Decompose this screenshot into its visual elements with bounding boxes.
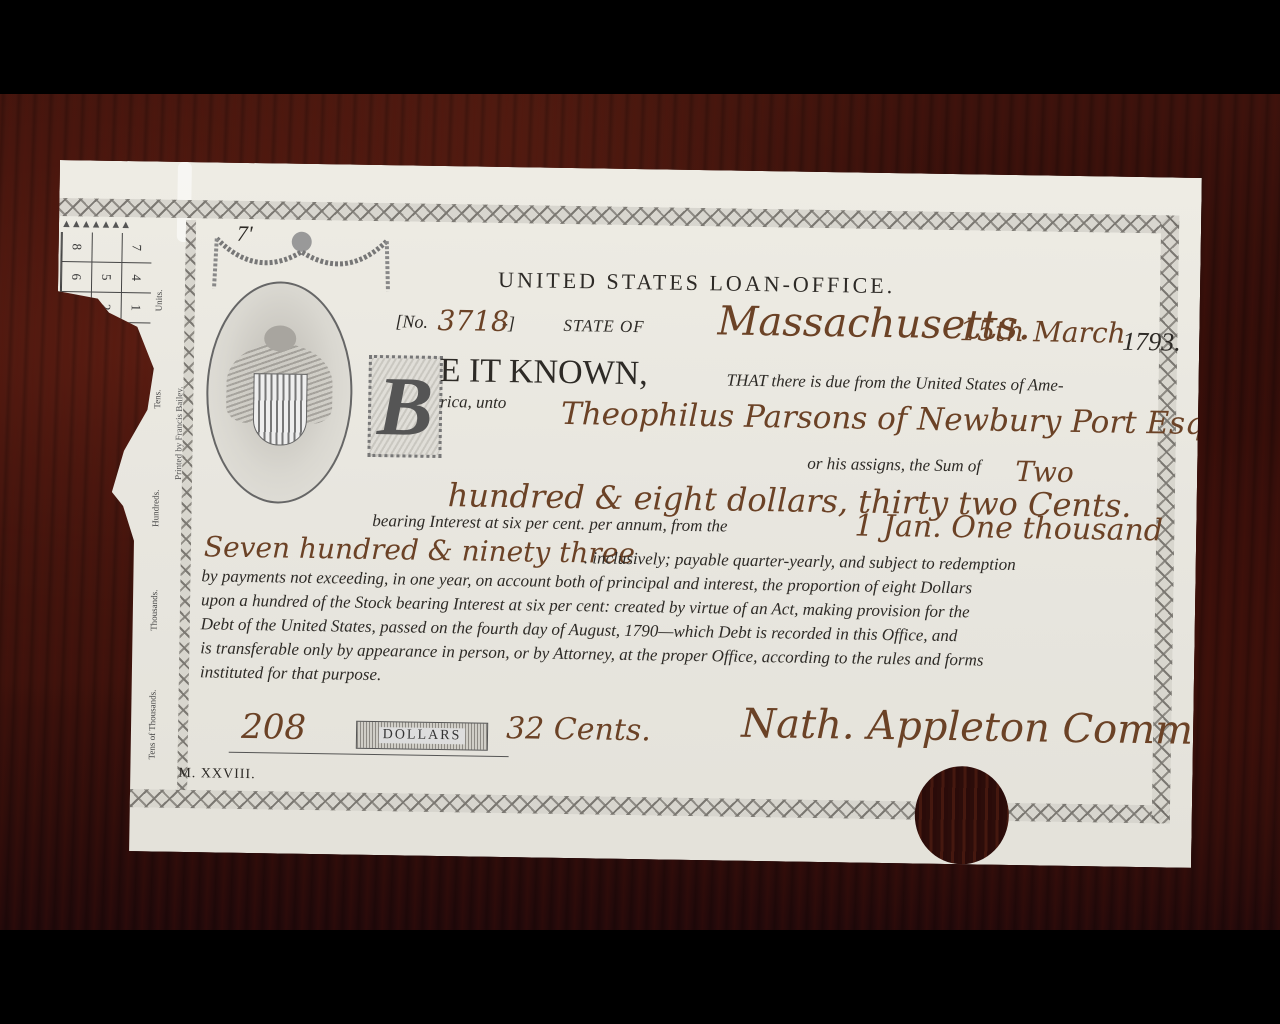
ornamental-border-bottom: [125, 789, 1170, 823]
grid-cell: [91, 233, 121, 263]
column-labels: Tens of Thousands. Thousands. Hundreds. …: [146, 249, 172, 789]
col-label-tens-of-thousands: Tens of Thousands.: [147, 689, 158, 759]
grid-cell: 7: [121, 233, 151, 263]
document-title: UNITED STATES LOAN-OFFICE.: [498, 267, 895, 299]
grid-cell: 1: [120, 293, 150, 323]
certificate-number: 3718: [437, 304, 509, 338]
grid-cell: 4: [121, 263, 151, 293]
issue-year: 1793.: [1122, 327, 1181, 358]
cancellation-hole: [914, 766, 1010, 865]
amount-cents: 32 Cents.: [506, 711, 651, 748]
eagle-seal-vignette-icon: [205, 280, 354, 504]
ornamental-drop-cap: B: [367, 355, 443, 458]
body-line: instituted for that purpose.: [200, 662, 382, 685]
payee-name: Theophilus Parsons of Newbury Port Esq.: [561, 396, 1215, 442]
grid-cell: 8: [61, 232, 91, 262]
col-label-units: Units.: [154, 289, 164, 311]
amount-words-start: Two: [1015, 455, 1074, 489]
grid-cell: 6: [61, 262, 91, 292]
state-of-label: STATE OF: [563, 316, 645, 337]
letterbox-bottom: [0, 930, 1280, 1024]
commissioner-signature: Nath. Appleton Commiss.: [741, 701, 1260, 755]
that-line: THAT there is due from the United States…: [726, 370, 1063, 395]
col-label-tens: Tens.: [152, 389, 162, 408]
or-his-assigns: or his assigns, the Sum of: [807, 454, 981, 477]
dollars-stamp: DOLLARS: [356, 721, 488, 751]
interest-from-date: 1 Jan. One thousand: [854, 509, 1163, 549]
grid-cell: 5: [91, 263, 121, 293]
eagle-head: [264, 325, 296, 351]
opening-phrase: E IT KNOWN,: [439, 352, 648, 393]
letterbox-top: [0, 0, 1280, 94]
shield-icon: [253, 373, 308, 446]
col-label-hundreds: Hundreds.: [150, 489, 161, 526]
body-line: . inclusively; payable quarter-yearly, a…: [584, 548, 1016, 575]
amount-underline: [229, 752, 509, 757]
bearing-interest-line: bearing Interest at six per cent. per an…: [372, 511, 727, 537]
amount-dollars: 208: [241, 707, 307, 748]
triangle-row-decoration: ▲▲▲▲▲▲▲: [61, 218, 130, 231]
issue-date: 15th March: [959, 314, 1126, 350]
loan-certificate: ▲▲▲▲▲▲▲ 8 7 6 5 4 3 2 1 Tens of Thousand…: [49, 160, 1202, 868]
col-label-thousands: Thousands.: [149, 589, 160, 630]
interest-from-year-words: Seven hundred & ninety three: [204, 530, 636, 570]
rica-unto: rica, unto: [440, 392, 506, 413]
plate-mark: M. XXVIII.: [178, 766, 256, 783]
